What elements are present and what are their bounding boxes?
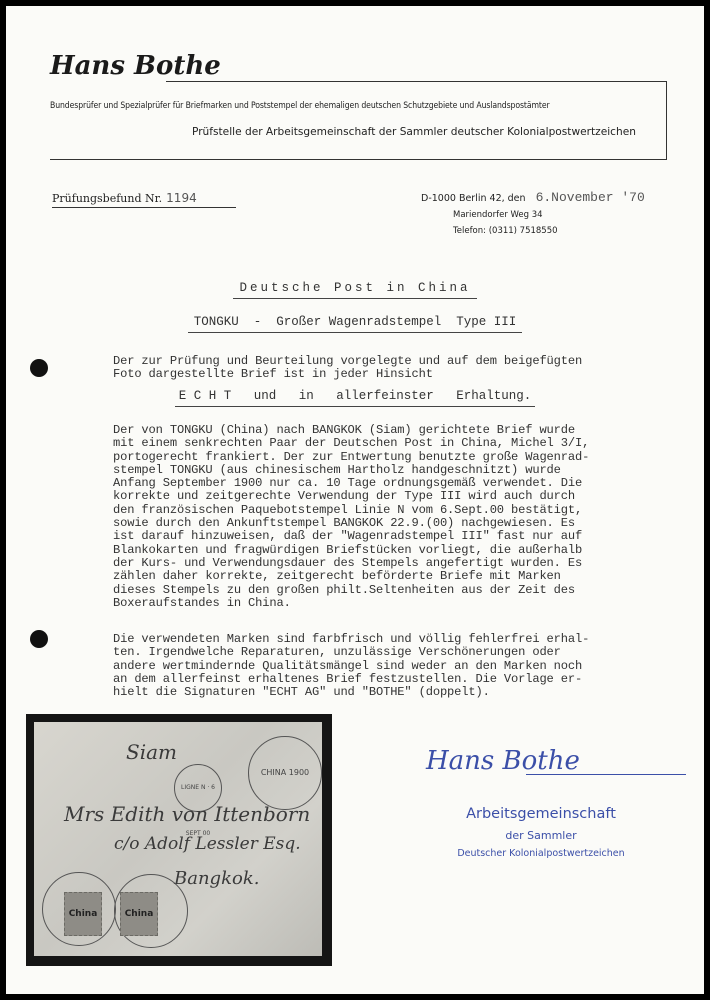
issue-date: 6.November '70: [536, 190, 645, 205]
seal-line-3: Deutscher Kolonialpostwertzeichen: [416, 848, 666, 859]
certificate-number-value: 1194: [166, 191, 197, 205]
street-line: Mariendorfer Weg 34: [421, 207, 645, 223]
letterhead-name: Hans Bothe: [50, 51, 221, 81]
seal-line-1: Arbeitsgemeinschaft: [416, 806, 666, 822]
area-title: Deutsche Post in China: [6, 281, 704, 295]
intro-paragraph: Der zur Prüfung und Beurteilung vorgeleg…: [113, 355, 673, 382]
header-frame: [166, 81, 667, 160]
signature: Hans Bothe: [426, 746, 580, 776]
certificate-page: Hans Bothe Bundesprüfer und Spezialprüfe…: [6, 6, 704, 994]
destination-text: Siam: [126, 740, 177, 764]
subject-title: TONGKU - Großer Wagenradstempel Type III: [6, 315, 704, 329]
condition-paragraph: Die verwendeten Marken sind farbfrisch u…: [113, 633, 673, 699]
envelope: Siam LIGNE N · 6 SEPT 00 CHINA 1900 Mrs …: [34, 722, 322, 956]
postage-stamp: China: [120, 892, 158, 936]
seal-line-2: der Sammler: [416, 829, 666, 842]
china-postmark: CHINA 1900: [248, 736, 322, 810]
city-line: D-1000 Berlin 42, den: [421, 193, 526, 204]
signature-stroke: [526, 774, 686, 775]
addressee-text: Mrs Edith von Ittenborn: [64, 802, 310, 826]
postage-stamp: China: [64, 892, 102, 936]
certificate-label: Prüfungsbefund Nr.: [52, 192, 162, 205]
letterhead-subtitle: Bundesprüfer und Spezialprüfer für Brief…: [50, 101, 550, 111]
certificate-number: Prüfungsbefund Nr.1194: [52, 191, 236, 208]
address-block: D-1000 Berlin 42, den6.November '70 Mari…: [421, 190, 645, 239]
city-text: Bangkok.: [174, 868, 259, 889]
main-paragraph: Der von TONGKU (China) nach BANGKOK (Sia…: [113, 424, 673, 610]
phone-line: Telefon: (0311) 7518550: [421, 223, 645, 239]
cover-photo: Siam LIGNE N · 6 SEPT 00 CHINA 1900 Mrs …: [26, 714, 332, 966]
letterhead-office: Prüfstelle der Arbeitsgemeinschaft der S…: [192, 126, 636, 138]
care-of-text: c/o Adolf Lessler Esq.: [114, 834, 301, 854]
punch-hole: [30, 630, 48, 648]
punch-hole: [30, 359, 48, 377]
header-divider: [50, 159, 667, 160]
verdict-line: E C H T und in allerfeinster Erhaltung.: [6, 389, 704, 403]
